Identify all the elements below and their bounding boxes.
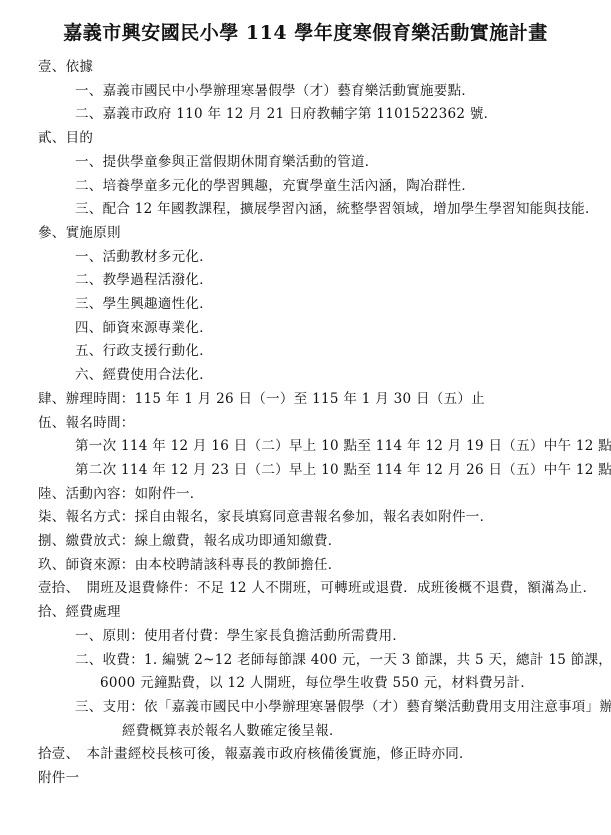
doc-line: 柒、報名方式：採自由報名，家長填寫同意書報名參加，報名表如附件一． [0,506,611,530]
doc-line: 二、嘉義市政府 110 年 12 月 21 日府教輔字第 1101522362 … [0,103,611,127]
doc-line: 一、提供學童參與正當假期休閒育樂活動的管道． [0,151,611,175]
doc-line: 肆、辦理時間：115 年 1 月 26 日（一）至 115 年 1 月 30 日… [0,388,611,412]
doc-line: 經費概算表於報名人數確定後呈報． [0,720,611,744]
doc-line: 三、配合 12 年國教課程，擴展學習內涵，統整學習領域，增加學生學習知能與技能． [0,198,611,222]
doc-line: 二、收費：1. 編號 2~12 老師每節課 400 元，一天 3 節課，共 5 … [0,649,611,673]
doc-line: 附件一 [0,767,611,791]
doc-line: 第二次 114 年 12 月 23 日（二）早上 10 點至 114 年 12 … [0,459,611,483]
doc-line: 一、原則：使用者付費：學生家長負擔活動所需費用． [0,625,611,649]
doc-line: 拾壹、 本計畫經校長核可後，報嘉義市政府核備後實施，修正時亦同． [0,743,611,767]
doc-line: 玖、師資來源：由本校聘請該科專長的教師擔任． [0,554,611,578]
doc-line: 捌、繳費放式：線上繳費，報名成功即通知繳費． [0,530,611,554]
doc-line: 一、活動教材多元化． [0,246,611,270]
doc-line: 三、學生興趣適性化． [0,293,611,317]
doc-line: 四、師資來源專業化． [0,317,611,341]
doc-line: 貳、目的 [0,127,611,151]
doc-line: 壹、依據 [0,56,611,80]
doc-line: 二、培養學童多元化的學習興趣，充實學童生活內涵，陶冶群性． [0,175,611,199]
doc-line: 6000 元鐘點費，以 12 人開班，每位學生收費 550 元，材料費另計． [0,672,611,696]
doc-line: 二、教學過程活潑化． [0,269,611,293]
document-page: 嘉義市興安國民小學 114 學年度寒假育樂活動實施計畫 壹、依據一、嘉義市國民中… [0,0,611,835]
doc-line: 第一次 114 年 12 月 16 日（二）早上 10 點至 114 年 12 … [0,435,611,459]
document-body: 壹、依據一、嘉義市國民中小學辦理寒暑假學（才）藝育樂活動實施要點．二、嘉義市政府… [0,56,611,791]
doc-line: 六、經費使用合法化． [0,364,611,388]
doc-line: 拾、經費處理 [0,601,611,625]
doc-line: 參、實施原則 [0,222,611,246]
doc-line: 壹拾、 開班及退費條件：不足 12 人不開班，可轉班或退費．成班後概不退費，額滿… [0,577,611,601]
document-title: 嘉義市興安國民小學 114 學年度寒假育樂活動實施計畫 [0,0,611,46]
doc-line: 三、支用：依「嘉義市國民中小學辦理寒暑假學（才）藝育樂活動費用支用注意事項」辦理… [0,696,611,720]
doc-line: 陸、活動內容：如附件一． [0,483,611,507]
doc-line: 伍、報名時間： [0,412,611,436]
doc-line: 一、嘉義市國民中小學辦理寒暑假學（才）藝育樂活動實施要點． [0,80,611,104]
doc-line: 五、行政支援行動化． [0,340,611,364]
